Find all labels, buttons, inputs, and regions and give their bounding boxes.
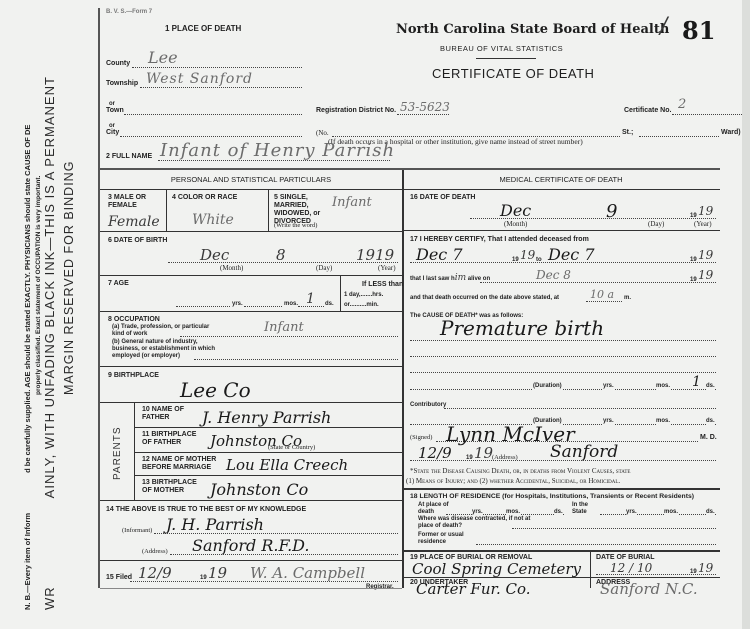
cause-line-2 (410, 356, 716, 357)
burial-year-prefix: 19 (690, 568, 697, 576)
registration-district-value: 53-5623 (400, 100, 450, 114)
former-residence-line (476, 544, 716, 545)
contributory-line (444, 408, 716, 409)
dod-day-caption: (Day) (648, 220, 664, 228)
row-rule (134, 475, 402, 476)
in-state-mos: mos. (664, 508, 678, 516)
contrib-mos: mos. (656, 417, 670, 425)
physician-address-caption: (Address) (492, 454, 518, 461)
father-name-value: J. Henry Parrish (202, 408, 331, 427)
row-rule (402, 230, 720, 231)
last-saw-label: that I last saw him alive on (410, 274, 490, 283)
physician-address-value: Sanford (550, 442, 618, 462)
informant-address-value: Sanford R.F.D. (192, 536, 310, 555)
date-of-birth-label: 6 DATE OF BIRTH (108, 237, 167, 245)
age-days-value: 1 (306, 291, 315, 307)
ward-line (639, 136, 719, 137)
full-name-value: Infant of Henry Parrish (160, 140, 395, 161)
registrar-signature: W. A. Campbell (250, 564, 365, 582)
age-mos-caption: mos. (284, 300, 298, 308)
signed-caption: (Signed) (410, 434, 432, 441)
dod-year-prefix: 19 (690, 212, 697, 220)
last-saw-line (480, 282, 716, 283)
name-divider (100, 168, 720, 170)
contracted-line (512, 528, 716, 529)
duration-mos: mos. (656, 382, 670, 390)
certificate-number-value: 2 (678, 97, 686, 112)
duration-days-value: 1 (692, 374, 701, 390)
margin-binding-notice: MARGIN RESERVED FOR BINDING (62, 161, 76, 395)
from-year-prefix: 19 (512, 256, 519, 264)
year-caption: (Year) (378, 264, 396, 272)
township-label: Township (106, 80, 138, 88)
undertaker-value: Carter Fur. Co. (416, 580, 531, 598)
date-of-death-label: 16 DATE OF DEATH (410, 194, 475, 202)
row-rule (134, 427, 402, 428)
dob-day: 8 (276, 246, 286, 264)
row-rule (100, 311, 402, 312)
nb-instruction: N. B.—Every item of Informd be carefully… (24, 125, 32, 610)
footnote-line-1: *State the Disease Causing Death, or, in… (410, 467, 630, 475)
title-rule (476, 58, 536, 59)
less-hours: 1 day,.......hrs. (344, 291, 383, 299)
county-line (132, 67, 302, 68)
race-label: 4 COLOR OR RACE (172, 194, 237, 202)
cause-line-1 (410, 340, 716, 341)
duration-caption: (Duration) (533, 382, 562, 390)
row-rule (402, 550, 720, 552)
duration-line (410, 389, 716, 390)
signed-year: 19 (474, 444, 493, 462)
attended-to: Dec 7 (548, 245, 595, 264)
mother-name-label: 12 NAME OF MOTHER BEFORE MARRIAGE (142, 456, 232, 472)
informant-address-caption: (Address) (142, 548, 168, 555)
age-label: 7 AGE (108, 280, 129, 288)
duration-ds: ds. (706, 382, 715, 390)
filed-year-prefix: 19 (200, 574, 207, 582)
certify-label: 17 I HEREBY CERTIFY, That I attended dec… (410, 236, 589, 244)
marital-hint: (Write the word) (274, 222, 317, 229)
center-divider (402, 170, 404, 588)
m-suffix: m. (624, 294, 631, 302)
signed-year-prefix: 19 (466, 454, 473, 462)
town-label: Town (106, 107, 124, 115)
occupation-b-line (194, 359, 398, 360)
personal-section-title: PERSONAL AND STATISTICAL PARTICULARS (100, 176, 402, 184)
occupation-a-line (180, 336, 398, 337)
burial-place-value: Cool Spring Cemetery (412, 560, 581, 578)
contrib-yrs: yrs. (603, 417, 614, 425)
birthplace-value: Lee Co (180, 378, 251, 402)
dob-year: 1919 (356, 246, 394, 264)
month-caption: (Month) (220, 264, 243, 272)
occupation-value: Infant (264, 320, 304, 335)
dod-year-caption: (Year) (694, 220, 712, 228)
last-saw-him: im (455, 273, 466, 283)
county-label: County (106, 60, 130, 68)
row-rule (100, 231, 402, 232)
footnote-line-2: (1) Means of Injury; and (2) whether Acc… (406, 477, 620, 485)
mother-birthplace-label: 13 BIRTHPLACE OF MOTHER (142, 479, 202, 495)
from-year: 19 (520, 248, 535, 262)
at-place-line (446, 514, 564, 515)
dod-month-caption: (Month) (504, 220, 527, 228)
residence-label: 18 LENGTH OF RESIDENCE (for Hospitals, I… (410, 493, 694, 501)
board-of-health-title: North Carolina State Board of Health (396, 22, 669, 37)
race-value: White (192, 212, 234, 228)
form-number: B. V. S.—Form 7 (106, 8, 152, 16)
stamp-mark: / (660, 14, 667, 39)
former-residence-label: Former or usual residence (418, 532, 478, 546)
township-value: West Sanford (146, 71, 253, 87)
age-mos-line (244, 306, 282, 307)
in-state-line (600, 514, 716, 515)
dod-year: 19 (698, 204, 713, 218)
filed-date: 12/9 (138, 564, 172, 582)
filed-year: 19 (208, 564, 227, 582)
parents-divider (134, 402, 135, 500)
bottom-rule (100, 588, 402, 589)
death-certificate-form: B. V. S.—Form 7 1 PLACE OF DEATH County … (98, 8, 720, 588)
registration-district-label: Registration District No. (316, 107, 396, 115)
row-rule (100, 366, 402, 367)
town-line (124, 114, 302, 115)
in-state-yrs: yrs. (626, 508, 637, 516)
certificate-number-label: Certificate No. (624, 107, 671, 115)
to-word: to (536, 256, 542, 264)
county-value: Lee (148, 48, 178, 67)
ward-label: Ward) (721, 129, 741, 137)
certificate-title: CERTIFICATE OF DEATH (432, 66, 594, 81)
parents-label: PARENTS (112, 427, 123, 481)
full-name-label: 2 FULL NAME (106, 153, 152, 161)
at-place-mos: mos. (506, 508, 520, 516)
contributory-label: Contributory (410, 401, 446, 409)
father-name-label: 10 NAME OF FATHER (142, 406, 192, 422)
in-state-label: In the State (572, 502, 602, 516)
cause-line-3 (410, 372, 716, 373)
age-yrs-line (176, 306, 230, 307)
street-number-label: (No. (316, 129, 329, 137)
burial-year: 19 (698, 561, 713, 575)
write-plainly-notice: WRAINLY, WITH UNFADING BLACK INK—THIS IS… (42, 0, 57, 610)
cause-of-death-value: Premature birth (440, 316, 604, 340)
cell-divider (340, 275, 341, 311)
at-place-yrs: yrs. (472, 508, 483, 516)
dob-month: Dec (200, 246, 229, 264)
father-birthplace-value: Johnston Co (210, 432, 302, 450)
less-than-label: If LESS than (362, 281, 403, 289)
to-year-prefix: 19 (690, 256, 697, 264)
informant-value: J. H. Parrish (166, 515, 264, 534)
city-label: City (106, 129, 119, 137)
burial-date-value: 12 / 10 (610, 561, 652, 575)
undertaker-address-value: Sanford N.C. (600, 580, 698, 598)
medical-section-title: MEDICAL CERTIFICATE OF DEATH (402, 176, 720, 184)
row-rule (100, 275, 402, 276)
row-rule (134, 452, 402, 453)
marital-status-value: Infant (332, 195, 372, 210)
dod-day: 9 (606, 201, 617, 222)
attended-from: Dec 7 (416, 245, 463, 264)
in-state-ds: ds. (706, 508, 715, 516)
informant-caption: (Informant) (122, 527, 152, 534)
last-saw-year-prefix: 19 (690, 276, 697, 284)
less-minutes: or..........min. (344, 301, 379, 309)
city-line (120, 136, 302, 137)
signed-date: 12/9 (418, 444, 452, 462)
day-caption: (Day) (316, 264, 332, 272)
last-saw-date: Dec 8 (536, 268, 571, 282)
mother-birthplace-value: Johnston Co (210, 480, 308, 499)
place-of-death-title: 1 PLACE OF DEATH (165, 25, 241, 33)
cell-divider (268, 189, 269, 231)
duration-yrs: yrs. (603, 382, 614, 390)
dod-month: Dec (500, 201, 531, 220)
registration-line (397, 114, 449, 115)
age-yrs-caption: yrs. (232, 300, 243, 308)
cell-divider (166, 189, 167, 231)
scan-edge (742, 0, 750, 629)
md-suffix: M. D. (700, 434, 717, 442)
birthplace-label: 9 BIRTHPLACE (108, 372, 159, 380)
occupation-b-label: (b) General nature of industry, business… (112, 339, 220, 360)
section-rule (100, 189, 720, 190)
last-saw-year: 19 (698, 268, 713, 282)
stamp-number: 81 (682, 16, 715, 45)
to-year: 19 (698, 248, 713, 262)
burial-divider (590, 550, 591, 588)
sex-label: 3 MALE OR FEMALE (108, 194, 158, 210)
contrib-ds: ds. (706, 417, 715, 425)
row-rule (100, 500, 402, 501)
death-time-label: and that death occurred on the date abov… (410, 294, 559, 302)
mother-name-value: Lou Ella Creech (226, 456, 348, 474)
occupation-label: 8 OCCUPATION (108, 316, 160, 324)
last-saw-text: that I last saw h (410, 276, 455, 282)
row-rule (402, 488, 720, 490)
street-label: St.; (622, 129, 633, 137)
age-ds-caption: ds. (325, 300, 334, 308)
father-birthplace-label: 11 BIRTHPLACE OF FATHER (142, 431, 202, 447)
knowledge-statement: 14 THE ABOVE IS TRUE TO THE BEST OF MY K… (106, 506, 306, 514)
filed-label: 15 Filed (106, 574, 132, 582)
certificate-line (672, 114, 742, 115)
death-time-value: 10 a (590, 288, 614, 301)
township-line (140, 87, 302, 88)
death-time-line (586, 301, 622, 302)
sex-value: Female (108, 214, 160, 230)
row-rule (100, 402, 402, 403)
at-place-ds: ds. (554, 508, 563, 516)
registrar-caption: Registrar. (366, 583, 394, 591)
row-rule (100, 560, 402, 561)
bureau-title: BUREAU OF VITAL STATISTICS (440, 45, 563, 53)
row-rule (402, 577, 720, 578)
